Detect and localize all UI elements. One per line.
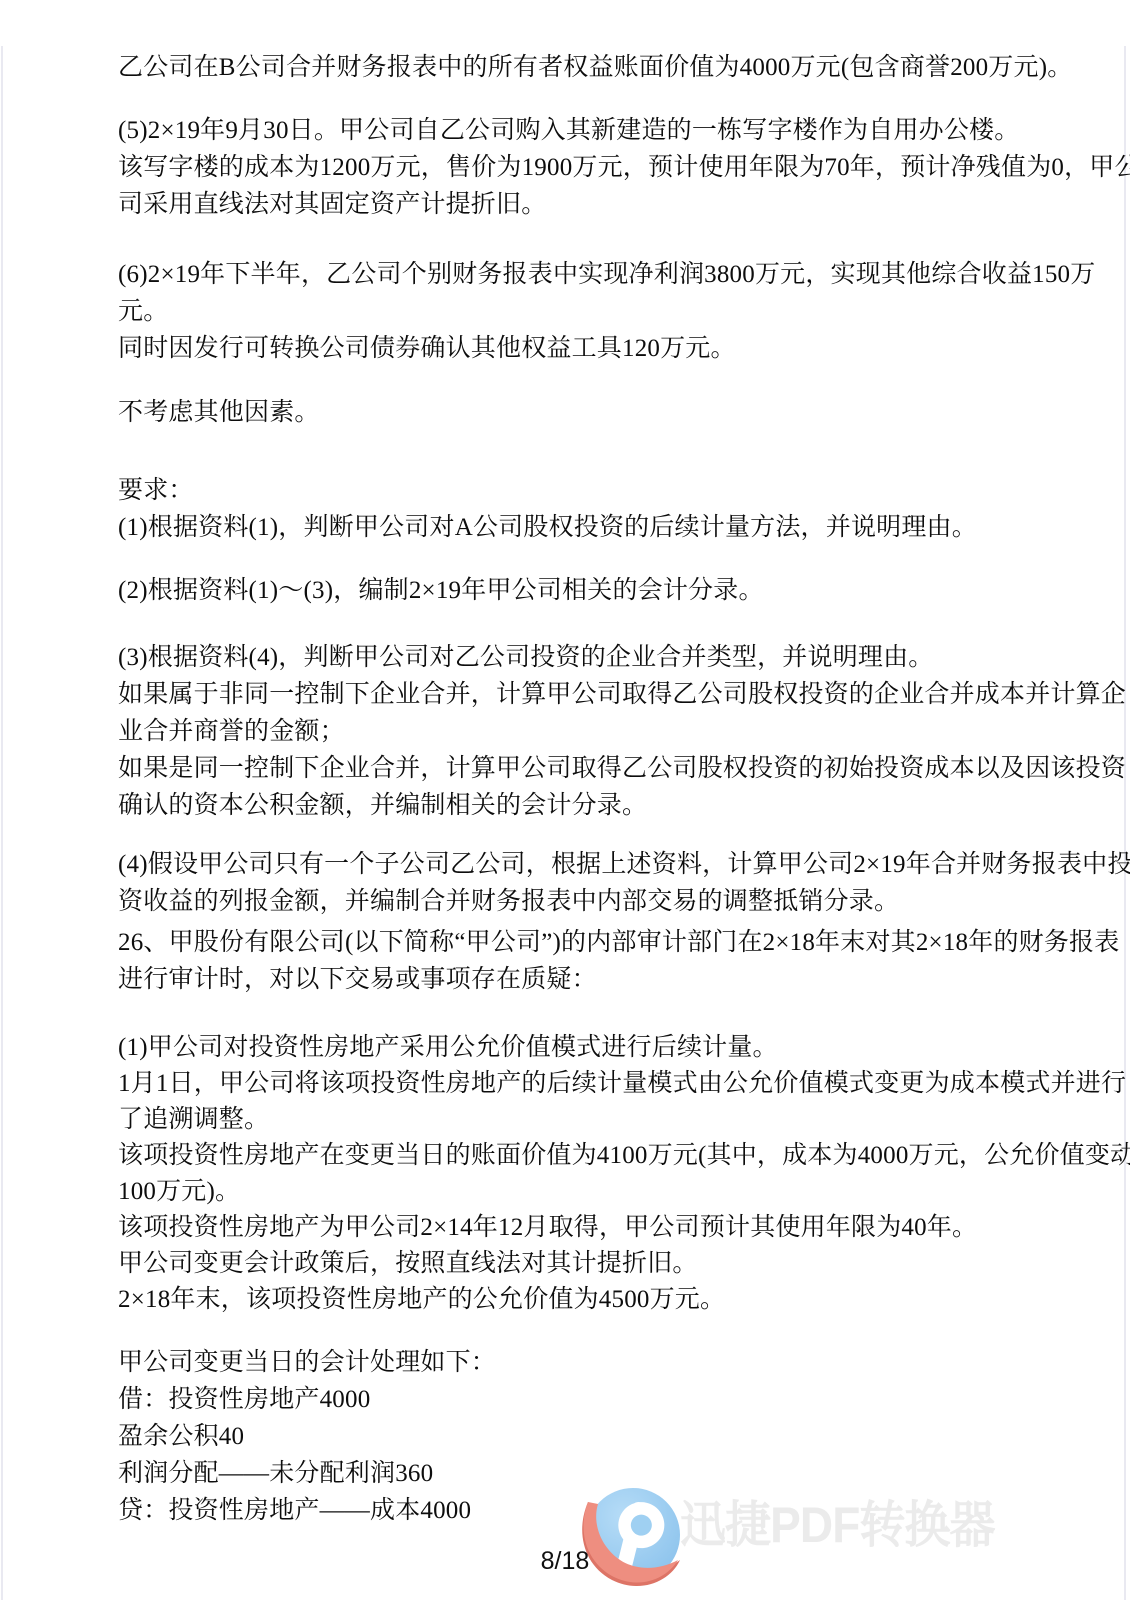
text-line: 1月1日，甲公司将该项投资性房地产的后续计量模式由公允价值模式变更为成本模式并进… bbox=[118, 1066, 1070, 1102]
text-line: 要求： bbox=[118, 472, 1070, 509]
text-line: (1)甲公司对投资性房地产采用公允价值模式进行后续计量。 bbox=[118, 1029, 1070, 1066]
text-line: (6)2×19年下半年，乙公司个别财务报表中实现净利润3800万元，实现其他综合… bbox=[118, 256, 1070, 293]
text-line: 盈余公积40 bbox=[118, 1418, 1070, 1455]
requirement-2: (2)根据资料(1)～(3)，编制2×19年甲公司相关的会计分录。 bbox=[118, 572, 1070, 609]
para-no-other-factors: 不考虑其他因素。 bbox=[118, 394, 1070, 431]
journal-entries: 借：投资性房地产4000盈余公积40利润分配——未分配利润360贷：投资性房地产… bbox=[118, 1381, 1070, 1529]
page-number: 8/18 bbox=[0, 1547, 1130, 1576]
text-line: (1)根据资料(1)，判断甲公司对A公司股权投资的后续计量方法，并说明理由。 bbox=[118, 509, 1070, 546]
q26-item-1: (1)甲公司对投资性房地产采用公允价值模式进行后续计量。 bbox=[118, 1029, 1070, 1066]
text-line: 借：投资性房地产4000 bbox=[118, 1381, 1070, 1418]
para-item-5: (5)2×19年9月30日。甲公司自乙公司购入其新建造的一栋写字楼作为自用办公楼… bbox=[118, 112, 1070, 223]
text-line: 元。 bbox=[118, 293, 1070, 330]
text-line: 资收益的列报金额，并编制合并财务报表中内部交易的调整抵销分录。 bbox=[118, 883, 1070, 920]
text-line: (2)根据资料(1)～(3)，编制2×19年甲公司相关的会计分录。 bbox=[118, 572, 1070, 609]
pdf-page: { "document": { "blocks": [ { "name": "p… bbox=[0, 0, 1130, 1600]
text-line: 业合并商誉的金额； bbox=[118, 713, 1070, 750]
text-line: 确认的资本公积金额，并编制相关的会计分录。 bbox=[118, 787, 1070, 824]
q26-item-1-details: 1月1日，甲公司将该项投资性房地产的后续计量模式由公允价值模式变更为成本模式并进… bbox=[118, 1066, 1070, 1318]
requirement-4: (4)假设甲公司只有一个子公司乙公司，根据上述资料，计算甲公司2×19年合并财务… bbox=[118, 846, 1070, 920]
text-line: 甲公司变更当日的会计处理如下： bbox=[118, 1344, 1070, 1381]
requirement-3: (3)根据资料(4)，判断甲公司对乙公司投资的企业合并类型，并说明理由。如果属于… bbox=[118, 639, 1070, 824]
text-line: (3)根据资料(4)，判断甲公司对乙公司投资的企业合并类型，并说明理由。 bbox=[118, 639, 1070, 676]
text-line: 贷：投资性房地产——成本4000 bbox=[118, 1492, 1070, 1529]
document-content: 乙公司在B公司合并财务报表中的所有者权益账面价值为4000万元(包含商誉200万… bbox=[118, 49, 1070, 1529]
text-line: 26、甲股份有限公司(以下简称“甲公司”)的内部审计部门在2×18年末对其2×1… bbox=[118, 924, 1070, 961]
para-item-6: (6)2×19年下半年，乙公司个别财务报表中实现净利润3800万元，实现其他综合… bbox=[118, 256, 1070, 367]
text-line: 利润分配——未分配利润360 bbox=[118, 1455, 1070, 1492]
text-line: 甲公司变更会计政策后，按照直线法对其计提折旧。 bbox=[118, 1246, 1070, 1282]
text-line: 该项投资性房地产为甲公司2×14年12月取得，甲公司预计其使用年限为40年。 bbox=[118, 1210, 1070, 1246]
text-line: 不考虑其他因素。 bbox=[118, 394, 1070, 431]
page-right-edge bbox=[1124, 46, 1126, 1600]
question-26-intro: 26、甲股份有限公司(以下简称“甲公司”)的内部审计部门在2×18年末对其2×1… bbox=[118, 924, 1070, 998]
text-line: 同时因发行可转换公司债券确认其他权益工具120万元。 bbox=[118, 330, 1070, 367]
text-line: (5)2×19年9月30日。甲公司自乙公司购入其新建造的一栋写字楼作为自用办公楼… bbox=[118, 112, 1070, 149]
text-line: (4)假设甲公司只有一个子公司乙公司，根据上述资料，计算甲公司2×19年合并财务… bbox=[118, 846, 1070, 883]
text-line: 司采用直线法对其固定资产计提折旧。 bbox=[118, 186, 1070, 223]
requirements-heading-and-req1: 要求：(1)根据资料(1)，判断甲公司对A公司股权投资的后续计量方法，并说明理由… bbox=[118, 472, 1070, 546]
text-line: 如果是同一控制下企业合并，计算甲公司取得乙公司股权投资的初始投资成本以及因该投资 bbox=[118, 750, 1070, 787]
text-line: 100万元)。 bbox=[118, 1174, 1070, 1210]
para-equity-carryover: 乙公司在B公司合并财务报表中的所有者权益账面价值为4000万元(包含商誉200万… bbox=[118, 49, 1070, 86]
text-line: 该项投资性房地产在变更当日的账面价值为4100万元(其中，成本为4000万元，公… bbox=[118, 1138, 1070, 1174]
text-line: 乙公司在B公司合并财务报表中的所有者权益账面价值为4000万元(包含商誉200万… bbox=[118, 49, 1070, 86]
text-line: 如果属于非同一控制下企业合并，计算甲公司取得乙公司股权投资的企业合并成本并计算企 bbox=[118, 676, 1070, 713]
text-line: 进行审计时，对以下交易或事项存在质疑： bbox=[118, 961, 1070, 998]
text-line: 该写字楼的成本为1200万元，售价为1900万元，预计使用年限为70年，预计净残… bbox=[118, 149, 1070, 186]
text-line: 2×18年末，该项投资性房地产的公允价值为4500万元。 bbox=[118, 1282, 1070, 1318]
page-left-edge bbox=[1, 46, 3, 1600]
q26-accounting-treatment-heading: 甲公司变更当日的会计处理如下： bbox=[118, 1344, 1070, 1381]
text-line: 了追溯调整。 bbox=[118, 1102, 1070, 1138]
